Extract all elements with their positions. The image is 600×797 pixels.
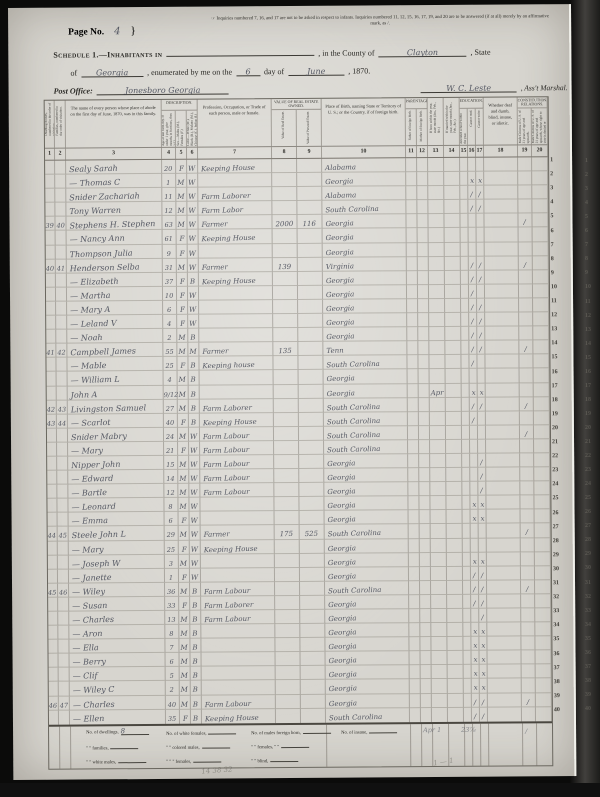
row-number: 24	[552, 481, 566, 487]
row-number: 35	[553, 637, 567, 643]
handwritten-entry: 41	[57, 262, 66, 275]
cell-family-number	[56, 358, 67, 372]
cell-cannot-read: /	[469, 355, 477, 369]
cell-attended-school	[462, 369, 470, 383]
handwritten-entry: M	[178, 219, 186, 232]
cell-deaf-blind-insane	[487, 608, 521, 622]
cell-family-number	[57, 499, 68, 513]
cell-deaf-blind-insane	[484, 200, 518, 214]
handwritten-entry: 12	[165, 205, 174, 218]
row-number: 17	[552, 383, 566, 389]
cell-attended-school	[461, 355, 469, 369]
cell-dwelling-number	[48, 541, 58, 555]
handwritten-entry: x	[473, 654, 477, 667]
cell-citizen-vote-denied	[532, 200, 548, 214]
cell-father-foreign	[409, 637, 420, 651]
row-number: 39	[554, 693, 568, 699]
year-label: , 1870.	[348, 66, 370, 75]
cell-dwelling-number: 44	[48, 527, 58, 541]
cell-dwelling-number	[45, 189, 55, 203]
cell-male-citizen: /	[520, 397, 534, 411]
cell-cannot-read: /	[472, 693, 480, 707]
handwritten-entry: 40	[46, 262, 55, 275]
cell-cannot-write: x	[479, 637, 487, 651]
handwritten-entry: W	[189, 318, 197, 331]
handwritten-entry: Farmer	[202, 261, 228, 275]
cell-male-citizen	[518, 200, 532, 214]
cell-name: — Wiley C	[70, 681, 166, 696]
column-header: Color.—White (W.), Black (B.), Mulatto (…	[187, 111, 198, 147]
column-group-header: Constitutional Relations.	[518, 97, 548, 108]
handwritten-entry: M	[179, 402, 187, 415]
cell-attended-school	[460, 172, 468, 186]
column-header-label: Age at last birth-day. If under 1 year, …	[162, 112, 176, 146]
schedule-line: Schedule 1.—Inhabitants in , in the Coun…	[53, 41, 567, 63]
row-number: 7	[551, 242, 565, 248]
cell-sex: M	[180, 681, 191, 695]
cell-cannot-write: /	[477, 256, 485, 270]
handwritten-entry: M	[190, 346, 198, 359]
cell-marriage-month	[446, 496, 462, 510]
cell-citizen-vote-denied	[533, 340, 549, 354]
cell-cannot-read: x	[468, 172, 476, 186]
handwritten-entry: 46	[59, 586, 68, 599]
cell-father-foreign	[410, 694, 421, 708]
cell-personal-estate-value	[299, 412, 324, 426]
cell-color: B	[190, 639, 201, 653]
cell-real-estate-value	[272, 159, 297, 173]
post-office-blank: Jonesboro Georgia	[97, 83, 229, 95]
column-header: If married within the year, state month …	[444, 98, 460, 145]
cell-sex: M	[179, 526, 190, 540]
cell-name: — Charles	[69, 611, 165, 626]
cell-real-estate-value	[275, 610, 300, 624]
cell-age: 4	[163, 315, 177, 329]
handwritten-entry: F	[179, 304, 184, 317]
cell-name: — Joseph W	[69, 555, 165, 570]
handwritten-entry: 47	[60, 699, 69, 712]
handwritten-entry: 43	[57, 403, 66, 416]
row-number: 2	[550, 171, 564, 177]
cell-mother-foreign	[418, 313, 429, 327]
cell-marriage-month	[445, 271, 461, 285]
cell-attended-school	[461, 256, 469, 270]
handwritten-entry: Georgia	[325, 218, 354, 232]
footer-tally-blank	[369, 725, 397, 733]
ghost-row-number: 1	[585, 158, 588, 164]
handwritten-entry: 27	[166, 402, 175, 415]
handwritten-entry: 24	[166, 431, 175, 444]
cell-dwelling-number	[48, 569, 58, 583]
cell-mother-foreign	[418, 229, 429, 243]
handwritten-entry: 15	[166, 459, 175, 472]
cell-cannot-write	[479, 524, 487, 538]
cell-real-estate-value	[275, 624, 300, 638]
cell-cannot-read	[470, 468, 478, 482]
post-office-line: Post Office: Jonesboro Georgia W. C. Les…	[54, 77, 568, 99]
ghost-row-number: 9	[585, 270, 588, 276]
cell-real-estate-value	[273, 328, 298, 342]
cell-real-estate-value	[274, 427, 299, 441]
subdivision-blank	[166, 45, 314, 57]
handwritten-entry: South Carolina	[328, 527, 382, 541]
cell-sex: M	[176, 216, 187, 230]
cell-birth-month	[431, 567, 447, 581]
cell-marriage-month	[446, 440, 462, 454]
handwritten-entry: — Ella	[72, 641, 99, 655]
handwritten-entry: Georgia	[329, 683, 358, 697]
handwritten-entry: W	[191, 487, 199, 500]
column-header-label: Cannot write.	[477, 110, 481, 128]
cell-family-number	[58, 541, 69, 555]
cell-name: — William L	[68, 371, 164, 386]
handwritten-entry: 44	[48, 530, 57, 543]
cell-age: 63	[162, 216, 176, 230]
handwritten-entry: /	[481, 612, 484, 625]
cell-marriage-month	[448, 665, 464, 679]
ghost-row-number: 36	[585, 650, 591, 656]
handwritten-entry: Keeping House	[203, 415, 257, 429]
cell-birth-month	[431, 637, 447, 651]
cell-family-number	[56, 330, 67, 344]
cell-name: Snider Mabry	[68, 428, 164, 443]
handwritten-entry: Georgia	[328, 626, 357, 640]
cell-sex: F	[179, 512, 190, 526]
handwritten-entry: South Carolina	[327, 400, 381, 414]
cell-cannot-read	[469, 242, 477, 256]
cell-family-number	[55, 161, 66, 175]
handwritten-entry: 29	[167, 529, 176, 542]
cell-name: — Ellen	[70, 710, 166, 725]
cell-male-citizen	[520, 383, 534, 397]
cell-marriage-month	[446, 482, 462, 496]
cell-mother-foreign	[421, 694, 432, 708]
cell-deaf-blind-insane	[485, 284, 519, 298]
cell-father-foreign	[407, 271, 418, 285]
cell-father-foreign	[406, 158, 417, 172]
cell-male-citizen	[520, 467, 534, 481]
cell-cannot-read: x	[471, 510, 479, 524]
cell-father-foreign	[409, 553, 420, 567]
cell-father-foreign	[408, 440, 419, 454]
cell-family-number	[57, 386, 68, 400]
handwritten-entry: B	[190, 275, 196, 288]
cell-family-number	[57, 471, 68, 485]
cell-real-estate-value	[274, 455, 299, 469]
cell-attended-school	[463, 524, 471, 538]
cell-citizen-vote-denied	[532, 157, 548, 171]
handwritten-entry: 6	[167, 304, 172, 317]
cell-personal-estate-value	[299, 469, 324, 483]
ghost-row-number: 35	[585, 636, 591, 642]
handwritten-entry: /	[526, 527, 529, 540]
cell-attended-school	[461, 341, 469, 355]
handwritten-entry: — Susan	[72, 599, 108, 613]
cell-marriage-month	[448, 693, 464, 707]
cell-cannot-write: x	[479, 510, 487, 524]
cell-personal-estate-value	[298, 286, 323, 300]
cell-sex: M	[178, 456, 189, 470]
cell-cannot-write	[477, 242, 485, 256]
cell-cannot-read	[471, 609, 479, 623]
row-number: 40	[554, 707, 568, 713]
cell-marriage-month	[447, 524, 463, 538]
cell-father-foreign	[408, 496, 419, 510]
cell-occupation: Farm Labour	[201, 582, 275, 597]
cell-occupation: Farm Labour	[202, 695, 276, 710]
cell-deaf-blind-insane	[487, 538, 521, 552]
cell-occupation: Keeping House	[198, 159, 272, 174]
column-header: Cannot read.	[468, 109, 476, 145]
cell-sex: M	[176, 174, 187, 188]
cell-dwelling-number: 41	[46, 344, 56, 358]
handwritten-entry: W	[190, 430, 198, 443]
handwritten-entry: Georgia	[328, 669, 357, 683]
cell-attended-school	[461, 299, 469, 313]
footer-tally-label: " " blind,	[251, 754, 298, 764]
cell-cannot-write: /	[477, 313, 485, 327]
county-blank: Clayton	[378, 46, 466, 58]
column-group-label: Description.	[162, 100, 197, 106]
cell-citizen-vote-denied	[534, 383, 550, 397]
cell-attended-school	[462, 426, 470, 440]
table-body: Sealy Sarah20FWKeeping HouseAlabama— Tho…	[45, 157, 552, 724]
cell-age: 9	[163, 244, 177, 258]
cell-family-number: 43	[57, 400, 68, 414]
cell-cannot-read	[470, 454, 478, 468]
cell-age: 6	[165, 512, 179, 526]
row-number: 12	[551, 312, 565, 318]
cell-personal-estate-value	[301, 652, 326, 666]
cell-citizen-vote-denied	[534, 453, 550, 467]
cell-deaf-blind-insane	[484, 157, 518, 171]
column-header-label: Dwelling-houses, numbered in the order o…	[45, 102, 55, 136]
handwritten-entry: South Carolina	[328, 584, 382, 598]
cell-birth-month	[432, 694, 448, 708]
handwritten-entry: W	[191, 543, 199, 556]
handwritten-entry: /	[479, 302, 482, 315]
ghost-row-number: 12	[585, 313, 591, 319]
cell-birth-month	[430, 412, 446, 426]
handwritten-entry: 39	[46, 220, 55, 233]
cell-mother-foreign	[420, 637, 431, 651]
handwritten-entry: /	[481, 569, 484, 582]
handwritten-entry: Alabama	[325, 161, 356, 175]
cell-personal-estate-value	[297, 159, 322, 173]
handwritten-entry: — Mary A	[70, 303, 111, 317]
cell-citizen-vote-denied	[533, 298, 549, 312]
handwritten-entry: F	[179, 275, 184, 288]
cell-mother-foreign	[417, 200, 428, 214]
cell-personal-estate-value	[300, 638, 325, 652]
handwritten-entry: Georgia	[327, 387, 356, 401]
cell-father-foreign	[408, 370, 419, 384]
cell-male-citizen	[522, 679, 536, 693]
cell-cannot-write: x	[478, 383, 486, 397]
column-header-label: Attended school within the year.	[460, 110, 468, 144]
cell-sex: M	[180, 667, 191, 681]
cell-father-foreign	[407, 285, 418, 299]
cell-attended-school	[461, 228, 469, 242]
column-header-label: Place of Birth, naming State or Territor…	[322, 98, 405, 115]
ghost-row-number: 20	[585, 425, 591, 431]
cell-dwelling-number	[47, 443, 57, 457]
handwritten-entry: F	[179, 290, 184, 303]
cell-citizen-vote-denied	[535, 580, 551, 594]
cell-marriage-month	[446, 369, 462, 383]
cell-color: W	[188, 230, 199, 244]
handwritten-entry: Georgia	[328, 655, 357, 669]
page-number-line: Page No. 4 }	[68, 21, 136, 39]
ghost-row-number: 21	[585, 439, 591, 445]
handwritten-entry: Farm Labour	[203, 430, 249, 444]
cell-color: W	[190, 526, 201, 540]
handwritten-entry: — Leonard	[71, 500, 116, 514]
cell-family-number	[58, 612, 69, 626]
cell-birth-month	[430, 369, 446, 383]
handwritten-entry: — Mary	[72, 543, 104, 557]
cell-personal-estate-value	[299, 398, 324, 412]
cell-male-citizen	[521, 637, 535, 651]
handwritten-entry: /	[472, 414, 475, 427]
cell-cannot-write: /	[477, 299, 485, 313]
column-number: 10	[322, 146, 406, 158]
handwritten-entry: M	[177, 177, 185, 190]
handwritten-entry: M	[179, 430, 187, 443]
handwritten-entry: 46	[49, 699, 58, 712]
cell-cannot-write: x	[480, 665, 488, 679]
handwritten-entry: — Berry	[72, 655, 106, 669]
cell-dwelling-number	[47, 457, 57, 471]
handwritten-entry: — William L	[70, 373, 119, 387]
cell-real-estate-value: 139	[273, 258, 298, 272]
cell-mother-foreign	[421, 708, 432, 722]
row-number: 36	[554, 651, 568, 657]
handwritten-entry: /	[525, 428, 528, 441]
footer-tally-label: " " colored males,	[166, 740, 230, 750]
cell-name: — Thomas C	[66, 174, 162, 189]
cell-age: 1	[162, 174, 176, 188]
cell-citizen-vote-denied	[534, 397, 550, 411]
handwritten-entry: 55	[166, 346, 175, 359]
handwritten-entry: 3	[169, 557, 174, 570]
handwritten-entry: x	[473, 682, 477, 695]
handwritten-entry: F	[182, 600, 187, 613]
cell-dwelling-number: 39	[45, 217, 55, 231]
cell-color: B	[191, 667, 202, 681]
cell-attended-school	[463, 637, 471, 651]
cell-name: — Mable	[67, 357, 163, 372]
cell-mother-foreign	[417, 214, 428, 228]
cell-name: — Janette	[69, 569, 165, 584]
ghost-row-number: 8	[585, 256, 588, 262]
handwritten-entry: Georgia	[326, 246, 355, 260]
cell-color: W	[187, 188, 198, 202]
cell-male-citizen: /	[521, 524, 535, 538]
cell-mother-foreign	[418, 327, 429, 341]
cell-father-foreign	[410, 651, 421, 665]
handwritten-entry: /	[479, 316, 482, 329]
cell-family-number	[56, 302, 67, 316]
cell-real-estate-value	[273, 229, 298, 243]
cell-father-foreign	[406, 172, 417, 186]
handwritten-entry: M	[178, 261, 186, 274]
cell-cannot-read: /	[469, 256, 477, 270]
cell-age: 5	[166, 667, 180, 681]
handwritten-entry: Farm Laborer	[201, 190, 250, 204]
cell-male-citizen	[519, 298, 533, 312]
handwritten-entry: B	[193, 684, 199, 697]
column-header: Age at last birth-day. If under 1 year, …	[162, 111, 176, 147]
cell-marriage-month	[447, 637, 463, 651]
cell-age: 8	[165, 625, 179, 639]
cell-family-number	[55, 175, 66, 189]
ghost-row-number: 30	[585, 565, 591, 571]
cell-dwelling-number	[46, 302, 56, 316]
cell-personal-estate-value	[298, 328, 323, 342]
handwritten-entry: F	[180, 318, 185, 331]
column-group-label: Education.	[460, 98, 483, 103]
handwritten-entry: Georgia	[326, 288, 355, 302]
cell-cannot-write: x	[479, 552, 487, 566]
footer-tally-label: No. of insane,	[341, 725, 397, 735]
cell-citizen-vote-denied	[534, 495, 550, 509]
cell-birthplace: Georgia	[324, 370, 408, 385]
cell-deaf-blind-insane	[488, 665, 522, 679]
cell-name: Nipper John	[68, 456, 164, 471]
cell-dwelling-number	[46, 288, 56, 302]
row-number: 28	[553, 538, 567, 544]
column-number: 12	[417, 146, 428, 157]
enumeration-line: of Georgia , enumerated by me on the 6 d…	[70, 60, 370, 80]
cell-attended-school	[463, 595, 471, 609]
handwritten-entry: /	[471, 273, 474, 286]
handwritten-entry: Georgia	[327, 500, 356, 514]
cell-deaf-blind-insane	[485, 341, 519, 355]
cell-color: W	[190, 512, 201, 526]
handwritten-entry: /	[473, 569, 476, 582]
cell-citizen-vote-denied	[535, 538, 551, 552]
cell-personal-estate-value	[300, 596, 325, 610]
cell-occupation: Farm Laborer	[200, 399, 274, 414]
cell-deaf-blind-insane	[486, 453, 520, 467]
cell-mother-foreign	[419, 496, 430, 510]
page-no-value: 4	[108, 26, 126, 37]
cell-real-estate-value	[274, 483, 299, 497]
cell-marriage-month	[447, 595, 463, 609]
handwritten-entry: — Martha	[70, 289, 111, 303]
cell-father-foreign	[409, 567, 420, 581]
handwritten-entry: Farm Labour	[204, 613, 250, 627]
handwritten-entry: F	[180, 360, 185, 373]
cell-sex: M	[180, 653, 191, 667]
handwritten-entry: Farm Labour	[204, 585, 250, 599]
handwritten-entry: W	[189, 191, 197, 204]
row-number: 38	[554, 679, 568, 685]
row-number: 5	[550, 214, 564, 220]
handwritten-entry: South Carolina	[325, 203, 379, 217]
cell-attended-school	[462, 468, 470, 482]
column-number: 6	[187, 148, 198, 159]
cell-mother-foreign	[418, 355, 429, 369]
cell-citizen-vote-denied	[536, 665, 552, 679]
cell-name: Thompson Julia	[67, 244, 163, 259]
state-blank: Georgia	[81, 66, 143, 77]
cell-family-number	[58, 569, 69, 583]
handwritten-entry: W	[189, 205, 197, 218]
cell-marriage-month	[448, 679, 464, 693]
handwritten-entry: 40	[168, 698, 177, 711]
